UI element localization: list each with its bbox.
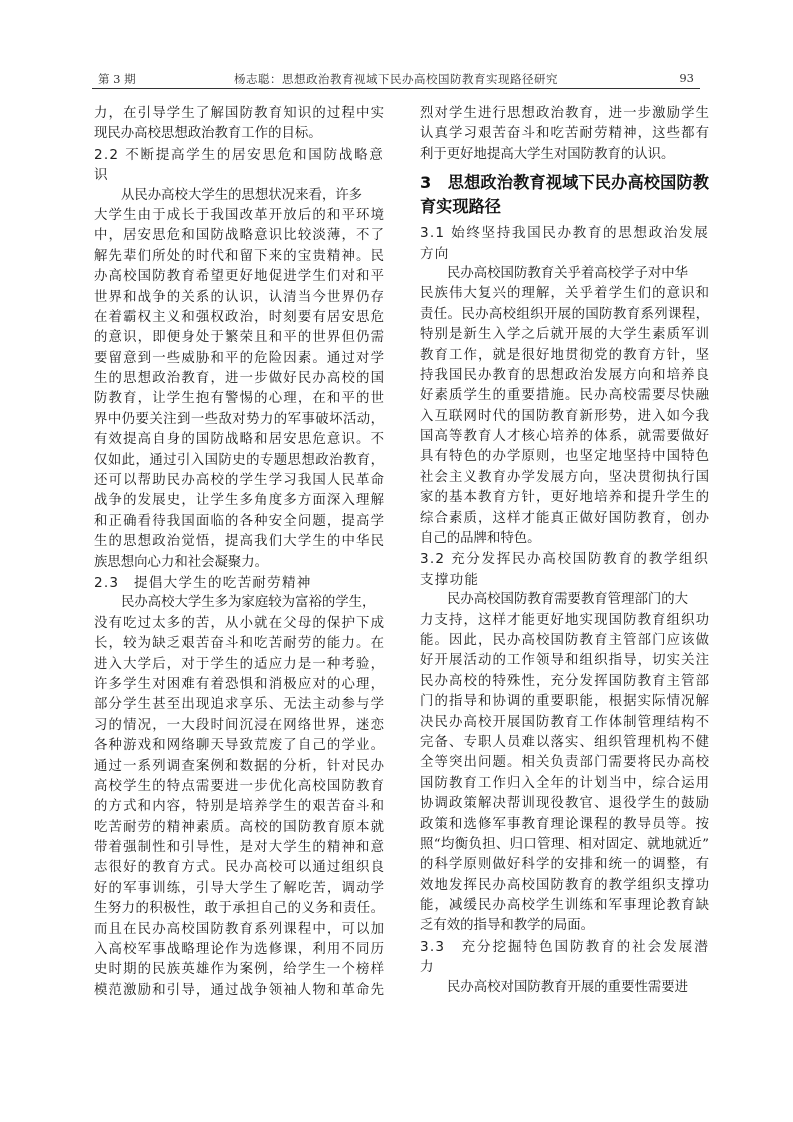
body-text-line: 没有吃过太多的苦，从小就在父母的保护下成 bbox=[94, 614, 384, 634]
body-text-line: 照“均衡负担、归口管理、相对固定、就地就近” bbox=[420, 835, 709, 855]
body-text-line: 能。因此，民办高校国防教育主管部门应该做 bbox=[420, 631, 709, 651]
body-text-line: 通过一系列调查案例和数据的分析，针对民办 bbox=[94, 757, 384, 777]
body-text-line: 许多学生对困难有着恐惧和消极应对的心理， bbox=[94, 675, 384, 695]
subsection-heading: 方向 bbox=[420, 244, 709, 264]
body-text-line: 责任。民办高校组织开展的国防教育系列课程， bbox=[420, 305, 709, 325]
body-text-line: 族思想向心力和社会凝聚力。 bbox=[94, 553, 384, 573]
paragraph-first-line: 从民办高校大学生的思想状况来看，许多 bbox=[94, 186, 384, 206]
body-text-line: 要留意到一些威胁和平的危险因素。通过对学 bbox=[94, 349, 384, 369]
body-text-line: 国高等教育人才核心培养的体系，就需要做好 bbox=[420, 427, 709, 447]
subsection-heading: 2.3 提倡大学生的吃苦耐劳精神 bbox=[94, 573, 384, 593]
body-text-line: 习的情况，一大段时间沉浸在网络世界，迷恋 bbox=[94, 716, 384, 736]
subsection-heading: 3.2 充分发挥民办高校国防教育的教学组织 bbox=[420, 549, 709, 569]
body-text-line: 门的指导和协调的重要职能，根据实际情况解 bbox=[420, 692, 709, 712]
paragraph-first-line: 民办高校国防教育需要教育管理部门的大 bbox=[420, 590, 709, 610]
body-text-line: 模范激励和引导，通过战争领袖人物和革命先 bbox=[94, 981, 384, 1001]
body-text-line: 世界和战争的关系的认识，认清当今世界仍存 bbox=[94, 288, 384, 308]
body-text-line: 各种游戏和网络聊天导致荒废了自己的学业。 bbox=[94, 736, 384, 756]
body-text-line: 而且在民办高校国防教育系列课程中，可以加 bbox=[94, 920, 384, 940]
body-text-line: 决民办高校开展国防教育工作体制管理结构不 bbox=[420, 713, 709, 733]
body-text-line: 长，较为缺乏艰苦奋斗和吃苦耐劳的能力。在 bbox=[94, 634, 384, 654]
paragraph-first-line: 民办高校国防教育关乎着高校学子对中华 bbox=[420, 264, 709, 284]
body-text-line: 的方式和内容，特别是培养学生的艰苦奋斗和 bbox=[94, 797, 384, 817]
body-text-line: 教育工作，就是很好地贯彻党的教育方针，坚 bbox=[420, 346, 709, 366]
body-text-line: 生的思想政治教育，进一步做好民办高校的国 bbox=[94, 369, 384, 389]
section-heading: 育实现路径 bbox=[420, 195, 709, 219]
body-text-line: 民族伟大复兴的理解，关乎着学生们的意识和 bbox=[420, 284, 709, 304]
subsection-heading: 3.3 充分挖掘特色国防教育的社会发展潜 bbox=[420, 937, 709, 957]
body-text-line: 利于更好地提高大学生对国防教育的认识。 bbox=[420, 145, 709, 165]
body-text-line: 史时期的民族英雄作为案例，给学生一个榜样 bbox=[94, 960, 384, 980]
body-text-line: 力支持，这样才能更好地实现国防教育组织功 bbox=[420, 611, 709, 631]
body-text-line: 家的基本教育方针，更好地培养和提升学生的 bbox=[420, 488, 709, 508]
subsection-heading: 2.2 不断提高学生的居安思危和国防战略意 bbox=[94, 145, 384, 165]
body-text-line: 入互联网时代的国防教育新形势，进入如今我 bbox=[420, 407, 709, 427]
body-text-line: 政策和选修军事教育理论课程的教导员等。按 bbox=[420, 815, 709, 835]
body-text-line: 效地发挥民办高校国防教育的教学组织支撑功 bbox=[420, 876, 709, 896]
body-text-line: 全等突出问题。相关负责部门需要将民办高校 bbox=[420, 753, 709, 773]
page-number: 93 bbox=[679, 71, 694, 85]
subsection-heading: 识 bbox=[94, 165, 384, 185]
left-column: 力，在引导学生了解国防教育知识的过程中实现民办高校思想政治教育工作的目标。2.2… bbox=[94, 104, 384, 1001]
body-text-line: 大学生由于成长于我国改革开放后的和平环境 bbox=[94, 206, 384, 226]
body-text-line: 民办高校的特殊性，充分发挥国防教育主管部 bbox=[420, 672, 709, 692]
body-text-line: 完备、专职人员难以落实、组织管理机构不健 bbox=[420, 733, 709, 753]
body-text-line: 界中仍要关注到一些敌对势力的军事破坏活动， bbox=[94, 410, 384, 430]
body-text-line: 带着强制性和引导性，是对大学生的精神和意 bbox=[94, 838, 384, 858]
body-text-line: 战争的发展史，让学生多角度多方面深入理解 bbox=[94, 491, 384, 511]
body-text-line: 现民办高校思想政治教育工作的目标。 bbox=[94, 124, 384, 144]
body-text-line: 进入大学后，对于学生的适应力是一种考验， bbox=[94, 655, 384, 675]
subsection-heading: 支撑功能 bbox=[420, 570, 709, 590]
body-text-line: 好素质学生的重要措施。民办高校需要尽快融 bbox=[420, 386, 709, 406]
running-title: 杨志聪：思想政治教育视域下民办高校国防教育实现路径研究 bbox=[92, 71, 700, 87]
running-header: 第 3 期 杨志聪：思想政治教育视域下民办高校国防教育实现路径研究 93 bbox=[92, 68, 700, 89]
body-text-line: 入高校军事战略理论作为选修课，利用不同历 bbox=[94, 940, 384, 960]
body-text-line: 综合素质，这样才能真正做好国防教育，创办 bbox=[420, 509, 709, 529]
body-text-line: 的科学原则做好科学的安排和统一的调整，有 bbox=[420, 855, 709, 875]
body-text-line: 好的军事训练，引导大学生了解吃苦，调动学 bbox=[94, 879, 384, 899]
body-text-line: 在着霸权主义和强权政治，时刻要有居安思危 bbox=[94, 308, 384, 328]
body-text-line: 能，减缓民办高校学生训练和军事理论教育缺 bbox=[420, 896, 709, 916]
body-text-line: 生的思想政治觉悟，提高我们大学生的中华民 bbox=[94, 532, 384, 552]
body-text-line: 持我国民办教育的思想政治发展方向和培养良 bbox=[420, 366, 709, 386]
body-text-line: 防教育，让学生抱有警惕的心理，在和平的世 bbox=[94, 389, 384, 409]
body-text-line: 特别是新生入学之后就开展的大学生素质军训 bbox=[420, 325, 709, 345]
paragraph-first-line: 民办高校大学生多为家庭较为富裕的学生， bbox=[94, 593, 384, 613]
body-text-line: 国防教育工作归入全年的计划当中，综合运用 bbox=[420, 774, 709, 794]
body-text-line: 有效提高自身的国防战略和居安思危意识。不 bbox=[94, 430, 384, 450]
body-text-line: 认真学习艰苦奋斗和吃苦耐劳精神，这些都有 bbox=[420, 124, 709, 144]
body-text-line: 解先辈们所处的时代和留下来的宝贵精神。民 bbox=[94, 247, 384, 267]
body-text-line: 高校学生的特点需要进一步优化高校国防教育 bbox=[94, 777, 384, 797]
section-heading: 3 思想政治教育视域下民办高校国防教 bbox=[420, 171, 709, 195]
body-text-line: 志很好的教育方式。民办高校可以通过组织良 bbox=[94, 858, 384, 878]
body-text-line: 自己的品牌和特色。 bbox=[420, 529, 709, 549]
subsection-heading: 力 bbox=[420, 957, 709, 977]
body-text-line: 力，在引导学生了解国防教育知识的过程中实 bbox=[94, 104, 384, 124]
body-text-line: 烈对学生进行思想政治教育，进一步激励学生 bbox=[420, 104, 709, 124]
body-text-line: 具有特色的办学原则，也坚定地坚持中国特色 bbox=[420, 447, 709, 467]
body-text-line: 生努力的积极性，敢于承担自己的义务和责任。 bbox=[94, 899, 384, 919]
body-text-line: 乏有效的指导和教学的局面。 bbox=[420, 916, 709, 936]
body-text-line: 和正确看待我国面临的各种安全问题，提高学 bbox=[94, 512, 384, 532]
body-text-line: 仅如此，通过引入国防史的专题思想政治教育， bbox=[94, 451, 384, 471]
subsection-heading: 3.1 始终坚持我国民办教育的思想政治发展 bbox=[420, 223, 709, 243]
right-column: 烈对学生进行思想政治教育，进一步激励学生认真学习艰苦奋斗和吃苦耐劳精神，这些都有… bbox=[420, 104, 709, 998]
body-text-line: 吃苦耐劳的精神素质。高校的国防教育原本就 bbox=[94, 818, 384, 838]
paragraph-first-line: 民办高校对国防教育开展的重要性需要进 bbox=[420, 978, 709, 998]
body-text-line: 的意识，即便身处于繁荣且和平的世界但仍需 bbox=[94, 328, 384, 348]
body-text-line: 中，居安思危和国防战略意识比较淡薄，不了 bbox=[94, 226, 384, 246]
body-text-line: 部分学生甚至出现追求享乐、无法主动参与学 bbox=[94, 695, 384, 715]
body-text-line: 还可以帮助民办高校的学生学习我国人民革命 bbox=[94, 471, 384, 491]
body-text-line: 好开展活动的工作领导和组织指导，切实关注 bbox=[420, 651, 709, 671]
body-text-line: 协调政策解决帮训现役教官、退役学生的鼓励 bbox=[420, 794, 709, 814]
body-text-line: 社会主义教育办学发展方向，坚决贯彻执行国 bbox=[420, 468, 709, 488]
body-text-line: 办高校国防教育希望更好地促进学生们对和平 bbox=[94, 267, 384, 287]
